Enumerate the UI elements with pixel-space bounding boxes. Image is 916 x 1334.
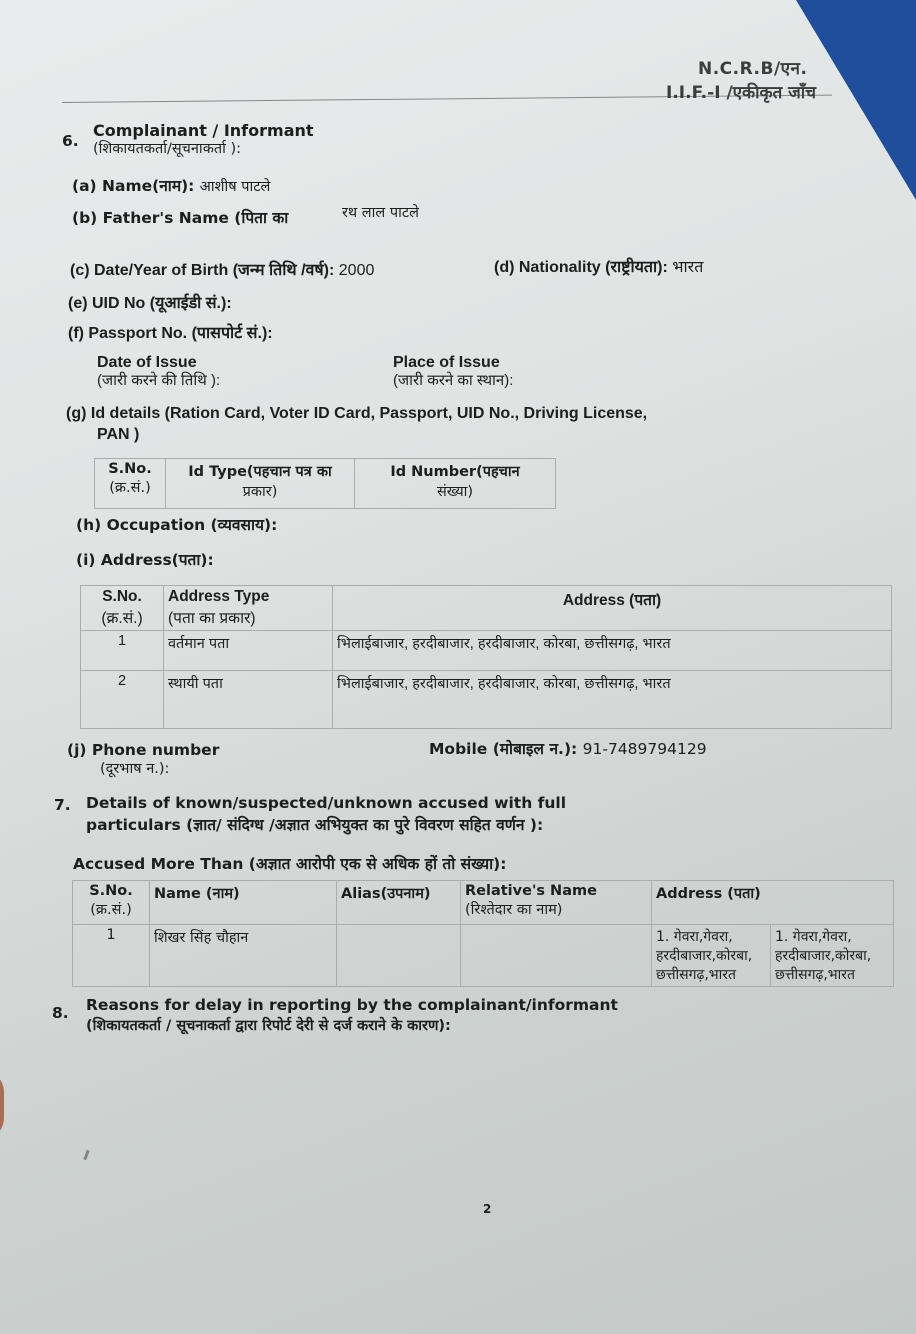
section7-title2: particulars (ज्ञात/ संदिग्ध /अज्ञात अभिय… (86, 816, 543, 834)
document-page: N.C.R.B/एन. I.I.F.-I /एकीकृत जाँच 6. Com… (0, 0, 916, 1334)
section8-number: 8. (52, 1004, 69, 1022)
dob-value: 2000 (339, 262, 375, 279)
header-ncrb: N.C.R.B/एन. (698, 56, 807, 79)
section6-title: Complainant / Informant (93, 122, 314, 140)
id-col-sno: S.No.(क्र.सं.) (95, 459, 166, 509)
addr-value: भिलाईबाजार, हरदीबाजार, हरदीबाजार, कोरबा,… (333, 671, 892, 729)
date-of-issue-label: Date of Issue (97, 354, 197, 372)
acc-alias (337, 925, 461, 987)
acc-sno: 1 (73, 925, 150, 987)
id-details-label2: PAN ) (97, 426, 139, 444)
acc-address-2: 1. गेवरा,गेवरा, हरदीबाजार,कोरबा, छत्तीसग… (771, 925, 894, 987)
addr-sno: 2 (81, 671, 164, 729)
section6-title-hi: (शिकायतकर्ता/सूचनाकर्ता ): (93, 140, 241, 158)
addr-col-sno: S.No.(क्र.सं.) (81, 586, 164, 631)
section6-number: 6. (62, 132, 79, 150)
phone-label-hi: (दूरभाष न.): (100, 760, 169, 778)
complainant-name: (a) Name(नाम): आशीष पाटले (72, 177, 270, 196)
mobile-label: Mobile (मोबाइल न.): (429, 740, 583, 758)
address-row: 2 स्थायी पता भिलाईबाजार, हरदीबाजार, हरदी… (81, 671, 892, 729)
addr-type: वर्तमान पता (164, 631, 333, 671)
uid-label: (e) UID No (यूआईडी सं.): (68, 295, 232, 313)
accused-row: 1 शिखर सिंह चौहान 1. गेवरा,गेवरा, हरदीबा… (73, 925, 894, 987)
acc-col-relative: Relative's Name(रिश्तेदार का नाम) (461, 881, 652, 925)
section8-title-hi: (शिकायतकर्ता / सूचनाकर्ता द्वारा रिपोर्ट… (86, 1017, 451, 1035)
mobile: Mobile (मोबाइल न.): 91-7489794129 (429, 740, 707, 758)
acc-col-name: Name (नाम) (150, 881, 337, 925)
addr-col-address: Address (पता) (333, 586, 892, 631)
date-of-issue-label-hi: (जारी करने की तिथि ): (97, 372, 220, 390)
id-details-label: (g) Id details (Ration Card, Voter ID Ca… (66, 405, 647, 423)
section7-title: Details of known/suspected/unknown accus… (86, 794, 566, 812)
father-name-label: (b) Father's Name (पिता का (72, 209, 288, 227)
name-label: (a) Name(नाम): (72, 177, 200, 195)
id-col-number: Id Number(पहचानसंख्या) (355, 459, 556, 509)
finger-edge (0, 1070, 4, 1140)
passport-label: (f) Passport No. (पासपोर्ट सं.): (68, 325, 273, 343)
address-label: (i) Address(पता): (76, 551, 214, 569)
accused-table: S.No.(क्र.सं.) Name (नाम) Alias(उपनाम) R… (72, 880, 894, 987)
acc-col-sno: S.No.(क्र.सं.) (73, 881, 150, 925)
id-details-table: S.No.(क्र.सं.) Id Type(पहचान पत्र काप्रक… (94, 458, 556, 509)
place-of-issue-label: Place of Issue (393, 354, 500, 372)
acc-relative (461, 925, 652, 987)
mobile-value: 91-7489794129 (583, 740, 707, 758)
nationality-label: (d) Nationality (राष्ट्रीयता): (494, 259, 672, 276)
acc-col-alias: Alias(उपनाम) (337, 881, 461, 925)
acc-col-address: Address (पता) (652, 881, 894, 925)
section8-title: Reasons for delay in reporting by the co… (86, 996, 618, 1014)
phone-label: (j) Phone number (67, 741, 219, 759)
page-number: 2 (483, 1202, 491, 1216)
father-name-value: रथ लाल पाटले (342, 204, 419, 222)
acc-address-1: 1. गेवरा,गेवरा, हरदीबाजार,कोरबा, छत्तीसग… (652, 925, 771, 987)
address-row: 1 वर्तमान पता भिलाईबाजार, हरदीबाजार, हरद… (81, 631, 892, 671)
dob: (c) Date/Year of Birth (जन्म तिथि /वर्ष)… (70, 262, 374, 280)
addr-value: भिलाईबाजार, हरदीबाजार, हरदीबाजार, कोरबा,… (333, 631, 892, 671)
nationality-value: भारत (672, 259, 703, 276)
occupation-label: (h) Occupation (व्यवसाय): (76, 516, 277, 534)
accused-more-than-label: Accused More Than (अज्ञात आरोपी एक से अध… (73, 855, 506, 873)
nationality: (d) Nationality (राष्ट्रीयता): भारत (494, 259, 703, 277)
address-table: S.No.(क्र.सं.) Address Type(पता का प्रका… (80, 585, 892, 729)
dob-label: (c) Date/Year of Birth (जन्म तिथि /वर्ष)… (70, 262, 339, 279)
addr-col-type: Address Type(पता का प्रकार) (164, 586, 333, 631)
paper-speck (83, 1150, 89, 1160)
header-iif: I.I.F.-I /एकीकृत जाँच (666, 80, 816, 103)
acc-name: शिखर सिंह चौहान (150, 925, 337, 987)
addr-sno: 1 (81, 631, 164, 671)
name-value: आशीष पाटले (200, 179, 271, 195)
addr-type: स्थायी पता (164, 671, 333, 729)
id-col-type: Id Type(पहचान पत्र काप्रकार) (166, 459, 355, 509)
place-of-issue-label-hi: (जारी करने का स्थान): (393, 372, 513, 390)
section7-number: 7. (54, 796, 71, 814)
